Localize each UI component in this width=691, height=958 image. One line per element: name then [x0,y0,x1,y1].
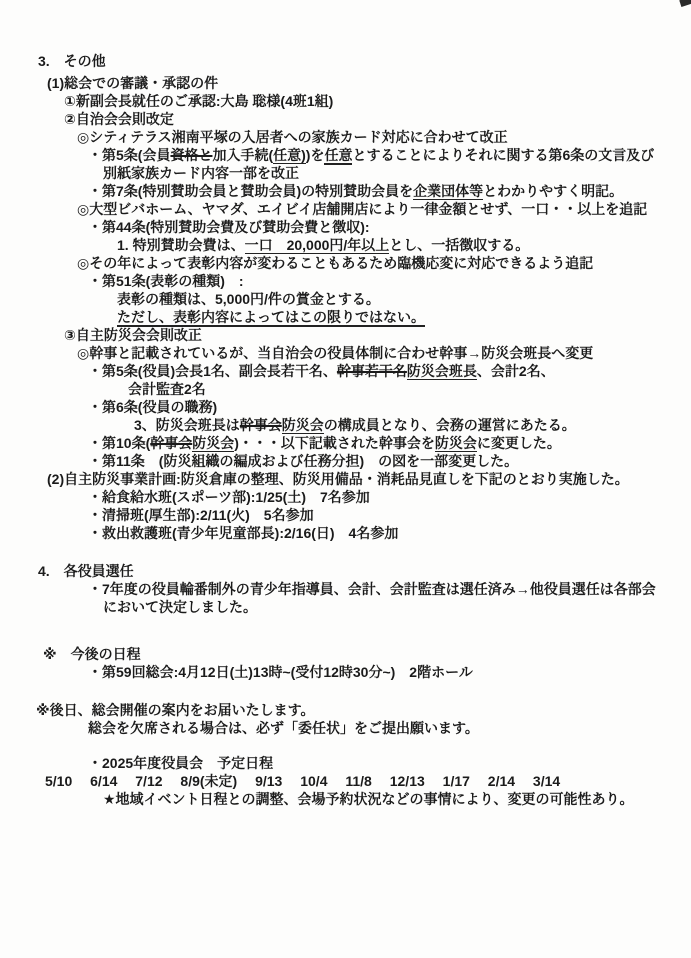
doc-line: ◎大型ビバホーム、ヤマダ、エイビイ店舗開店により一律金額とせず、一口・・以上を追… [0,200,685,218]
doc-line: ・第11条 (防災組織の編成および任務分担) の図を一部変更した。 [0,452,685,470]
doc-line: ・第44条(特別賛助会費及び賛助会費と徴収): [0,218,685,236]
underlined-text: 企業団体等 [413,183,483,200]
doc-line: 総会を欠席される場合は、必ず「委任状」をご提出願います。 [0,719,685,737]
text-segment: の構成員となり、会務の運営にあたる。 [324,417,576,433]
underlined-text: 防災会 [282,417,324,434]
underlined-text: 任意) [273,147,306,164]
underlined-text: 防災会 [435,435,477,452]
text-segment: ◎シティテラス湘南平塚の入居者への家族カード対応に合わせて改正 [77,129,508,145]
doc-line: ・7年度の役員輪番制外の青少年指導員、会計、会計監査は選任済み→他役員選任は各部… [0,580,685,598]
text-segment: ②自治会会則改定 [64,111,174,127]
doc-line: ・第5条(役員)会長1名、副会長若干名、幹事若干名防災会班長、会計2名、 [0,362,685,380]
doc-line: ①新副会長就任のご承認:大島 聡様(4班1組) [0,92,685,110]
text-segment: ・第6条(役員の職務) [88,399,217,415]
struck-text: 幹事会 [240,417,282,433]
section-heading-4-yakuin: 4. 各役員選任 [0,562,685,580]
text-segment: 3. その他 [38,53,106,69]
text-segment: ・第5条(役員)会長1名、副会長若干名、 [88,363,337,379]
underlined-text: 一口 20,000円/年以上 [245,237,390,254]
doc-line: ②自治会会則改定 [0,110,685,128]
text-segment: において決定しました。 [103,599,257,615]
text-segment: ◎幹事と記載されているが、当自治会の役員体制に合わせ幹事→防災会班長へ変更 [77,345,593,361]
text-segment: 4. 各役員選任 [38,563,134,579]
doc-line: ◎その年によって表彰内容が変わることもあるため臨機応変に対応できるよう追記 [0,254,685,272]
doc-line: ただし、表彰内容によってはこの限りではない。 [0,308,685,326]
underlined-text: 任意 [324,147,352,165]
doc-line: ・第5条(会員資格と加入手続(任意))を任意とすることによりそれに関する第6条の… [0,146,685,164]
doc-line: 会計監査2名 [0,380,685,398]
doc-line: ・第10条(幹事会防災会)・・・以下記載された幹事会を防災会に変更した。 [0,434,685,452]
text-segment: とすることによりそれに関する第6条の文言及び [352,147,654,163]
scan-artifact [679,0,691,7]
text-segment: 1. 特別賛助会費は、 [117,237,245,253]
doc-line: ・給食給水班(スポーツ部):1/25(土) 7名参加 [0,488,685,506]
text-segment: ・第11条 (防災組織の編成および任務分担) の図を一部変更した。 [88,453,518,469]
underlined-text: 防災会班長 [407,363,477,380]
text-segment: 、会計2名、 [477,363,555,379]
doc-line: ・第7条(特別賛助会員と賛助会員)の特別賛助会員を企業団体等とわかりやすく明記。 [0,182,685,200]
text-segment: (1)総会での審議・承認の件 [47,75,218,91]
text-segment: ①新副会長就任のご承認:大島 聡様(4班1組) [64,93,333,109]
document-body: 3. その他 (1)総会での審議・承認の件 ①新副会長就任のご承認:大島 聡様(… [0,52,685,808]
doc-line: (2)自主防災事業計画:防災倉庫の整理、防災用備品・消耗品見直しを下記のとおり実… [0,470,685,488]
struck-text: 幹事会 [150,435,192,451]
doc-line: ・第6条(役員の職務) [0,398,685,416]
doc-line: (1)総会での審議・承認の件 [0,74,685,92]
text-segment: ・2025年度役員会 予定日程 [88,755,273,771]
section-heading-schedule: ※ 今後の日程 [0,645,685,663]
text-segment: ・第10条( [88,435,150,451]
doc-line: において決定しました。 [0,598,685,616]
text-segment: )・・・以下記載された幹事会を [234,435,435,451]
text-segment: 3、防災会班長は [134,417,240,433]
underlined-text: 防災会 [192,435,234,452]
text-segment: とわかりやすく明記。 [483,183,623,199]
text-segment: ・救出救護班(青少年児童部長):2/16(日) 4名参加 [88,525,398,541]
text-segment: ③自主防災会会則改正 [64,327,202,343]
doc-line: ※後日、総会開催の案内をお届いたします。 [0,701,685,719]
text-segment: ・第59回総会:4月12日(土)13時~(受付12時30分~) 2階ホール [88,664,473,680]
text-segment: ・清掃班(厚生部):2/11(火) 5名参加 [88,507,314,523]
text-segment: に変更した。 [477,435,561,451]
section-heading-3-sonota: 3. その他 [0,52,685,70]
struck-text: 資格と [170,147,212,163]
doc-line: ★地域イベント日程との調整、会場予約状況などの事情により、変更の可能性あり。 [0,790,685,808]
doc-line: ・第51条(表彰の種類) : [0,272,685,290]
text-segment: ・第51条(表彰の種類) : [88,273,244,289]
text-segment: ・給食給水班(スポーツ部):1/25(土) 7名参加 [88,489,370,505]
text-segment: ★地域イベント日程との調整、会場予約状況などの事情により、変更の可能性あり。 [103,791,634,807]
struck-text: 幹事若干名 [337,363,407,379]
doc-line: 3、防災会班長は幹事会防災会の構成員となり、会務の運営にあたる。 [0,416,685,434]
text-segment: )を [306,147,325,163]
text-segment: 会計監査2名 [128,381,206,397]
text-segment: ※ 今後の日程 [43,646,141,662]
text-segment: ◎大型ビバホーム、ヤマダ、エイビイ店舗開店により一律金額とせず、一口・・以上を追… [77,201,647,217]
text-segment: ・第44条(特別賛助会費及び賛助会費と徴収): [88,219,370,235]
doc-line: 表彰の種類は、5,000円/件の賞金とする。 [0,290,685,308]
doc-line: ・第59回総会:4月12日(土)13時~(受付12時30分~) 2階ホール [0,663,685,681]
text-segment: 別紙家族カード内容一部を改正 [103,165,299,181]
underlined-text: ただし、表彰内容によってはこの限りではない。 [117,309,425,327]
doc-line: ・2025年度役員会 予定日程 [0,754,685,772]
text-segment: とし、一括徴収する。 [389,237,529,253]
text-segment: 表彰の種類は、5,000円/件の賞金とする。 [117,291,380,307]
doc-line: ・救出救護班(青少年児童部長):2/16(日) 4名参加 [0,524,685,542]
text-segment: ◎その年によって表彰内容が変わることもあるため臨機応変に対応できるよう追記 [77,255,593,271]
text-segment: ・7年度の役員輪番制外の青少年指導員、会計、会計監査は選任済み→他役員選任は各部… [88,581,656,597]
text-segment: (2)自主防災事業計画:防災倉庫の整理、防災用備品・消耗品見直しを下記のとおり実… [47,471,629,487]
meeting-dates-row: 5/10 6/14 7/12 8/9(未定) 9/13 10/4 11/8 12… [0,772,685,790]
text-segment: ・第7条(特別賛助会員と賛助会員)の特別賛助会員を [88,183,413,199]
text-segment: ※後日、総会開催の案内をお届いたします。 [36,702,315,718]
doc-line: ・清掃班(厚生部):2/11(火) 5名参加 [0,506,685,524]
doc-line: 別紙家族カード内容一部を改正 [0,164,685,182]
text-segment: 総会を欠席される場合は、必ず「委任状」をご提出願います。 [88,720,479,736]
text-segment: 加入手続( [212,147,273,163]
text-segment: ・第5条(会員 [88,147,170,163]
doc-line: 1. 特別賛助会費は、一口 20,000円/年以上とし、一括徴収する。 [0,236,685,254]
doc-line: ◎シティテラス湘南平塚の入居者への家族カード対応に合わせて改正 [0,128,685,146]
doc-line: ③自主防災会会則改正 [0,326,685,344]
text-segment: 5/10 6/14 7/12 8/9(未定) 9/13 10/4 11/8 12… [45,773,560,789]
doc-line: ◎幹事と記載されているが、当自治会の役員体制に合わせ幹事→防災会班長へ変更 [0,344,685,362]
scanned-document-page: 3. その他 (1)総会での審議・承認の件 ①新副会長就任のご承認:大島 聡様(… [0,0,691,958]
